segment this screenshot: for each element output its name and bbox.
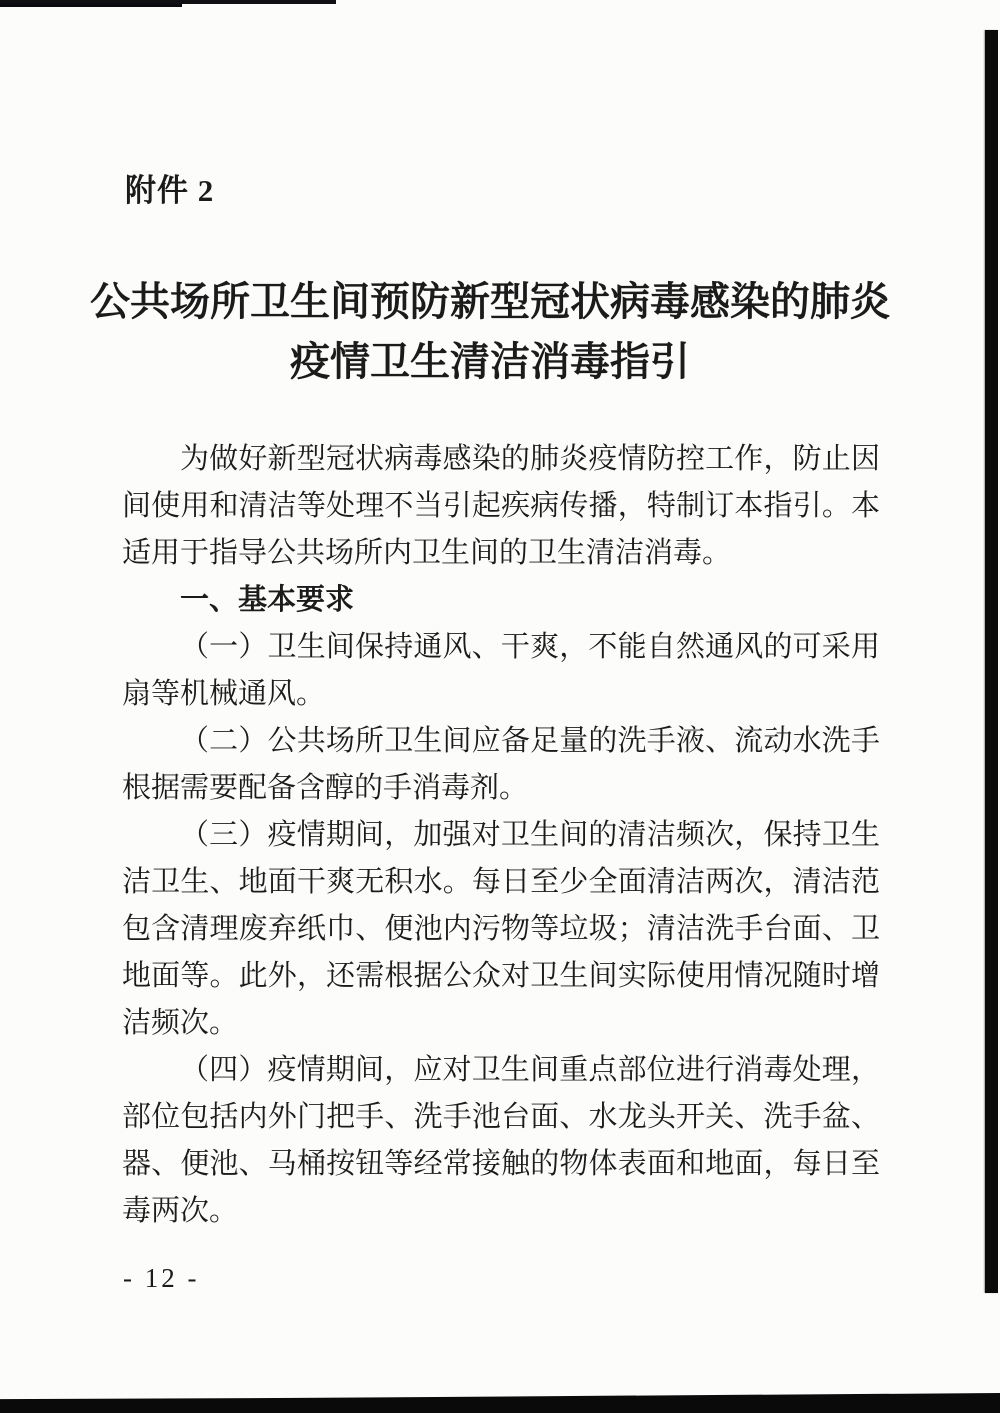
scan-artifact-bottom-bar — [0, 1392, 1000, 1413]
body-line: 洁频次。 — [122, 1000, 880, 1047]
document-title-line2: 疫情卫生清洁消毒指引 — [60, 332, 920, 392]
body-line: （一）卫生间保持通风、干爽，不能自然通风的可采用排气 — [122, 624, 880, 671]
scan-artifact-right-bar — [985, 30, 998, 1293]
body-line: 间使用和清洁等处理不当引起疾病传播，特制订本指引。本指引 — [122, 483, 880, 530]
body-line: 包含清理废弃纸巾、便池内污物等垃圾；清洁洗手台面、卫生间 — [122, 906, 880, 953]
body-line: （三）疫情期间，加强对卫生间的清洁频次，保持卫生间整 — [122, 812, 880, 859]
body-line: 洁卫生、地面干爽无积水。每日至少全面清洁两次，清洁范围应 — [122, 859, 880, 906]
document-title-line1: 公共场所卫生间预防新型冠状病毒感染的肺炎 — [60, 272, 920, 332]
body-line: 地面等。此外，还需根据公众对卫生间实际使用情况随时增加清 — [122, 953, 880, 1000]
body-line: 部位包括内外门把手、洗手池台面、水龙头开关、洗手盆、坐便 — [122, 1094, 880, 1141]
body-line: （四）疫情期间，应对卫生间重点部位进行消毒处理，重点 — [122, 1047, 880, 1094]
body-line: （二）公共场所卫生间应备足量的洗手液、流动水洗手设施， — [122, 718, 880, 765]
body-line: 毒两次。 — [122, 1188, 880, 1235]
scan-artifact-top-streak — [0, 0, 336, 4]
body-line: 扇等机械通风。 — [122, 671, 880, 718]
scanned-document-page: 附件 2 公共场所卫生间预防新型冠状病毒感染的肺炎 疫情卫生清洁消毒指引 为做好… — [0, 0, 1000, 1413]
document-title: 公共场所卫生间预防新型冠状病毒感染的肺炎 疫情卫生清洁消毒指引 — [60, 272, 920, 392]
section-heading: 一、基本要求 — [122, 577, 880, 624]
body-line: 适用于指导公共场所内卫生间的卫生清洁消毒。 — [122, 530, 880, 577]
body-line: 器、便池、马桶按钮等经常接触的物体表面和地面，每日至少消 — [122, 1141, 880, 1188]
document-body: 为做好新型冠状病毒感染的肺炎疫情防控工作，防止因卫生 间使用和清洁等处理不当引起… — [122, 436, 880, 1235]
page-number: - 12 - — [123, 1258, 199, 1298]
body-line: 根据需要配备含醇的手消毒剂。 — [122, 765, 880, 812]
attachment-label: 附件 2 — [125, 170, 214, 212]
body-line: 为做好新型冠状病毒感染的肺炎疫情防控工作，防止因卫生 — [122, 436, 880, 483]
